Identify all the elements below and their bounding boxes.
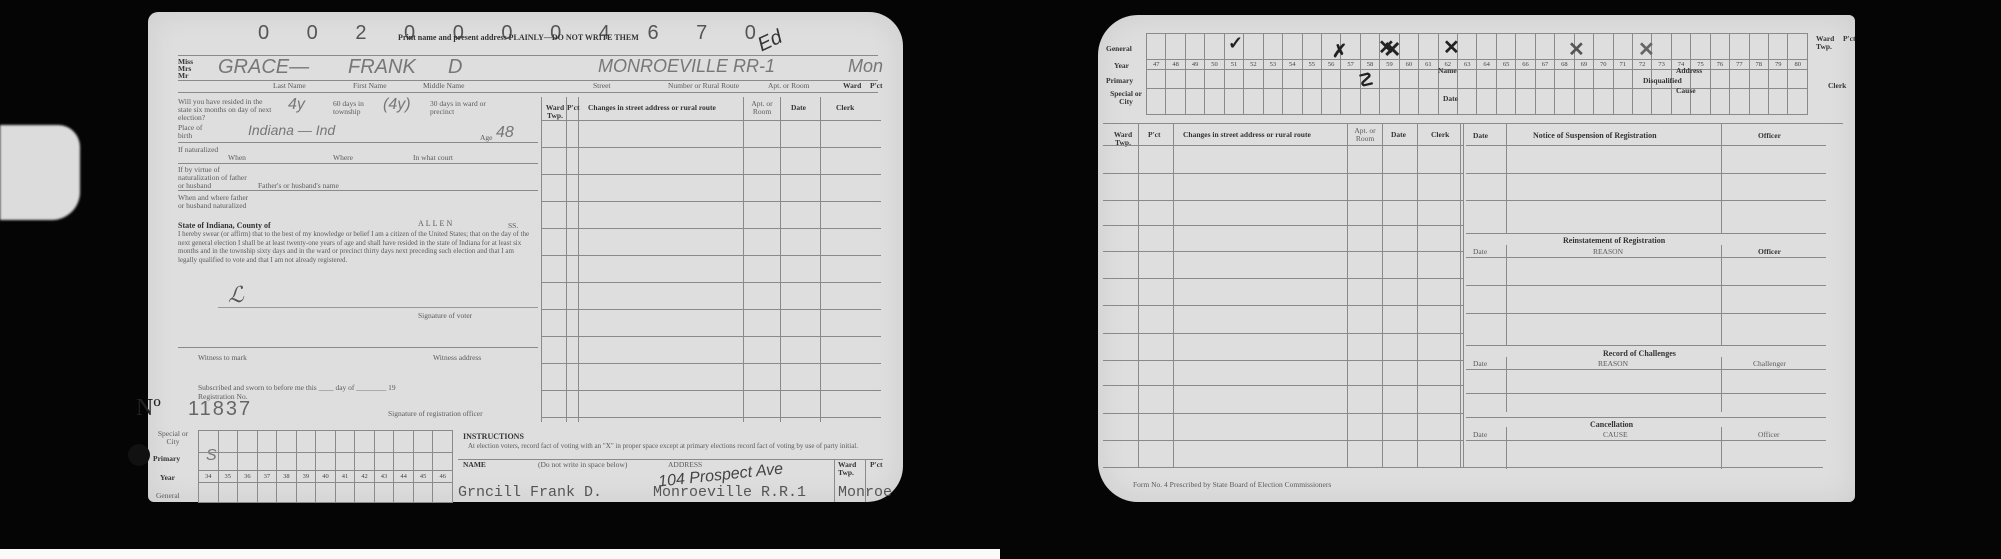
card-back: General Year Primary Special or City 474…: [1098, 15, 1855, 502]
residence-state-value: 4y: [288, 96, 305, 114]
ward-label: Ward: [843, 82, 861, 90]
overlay-date-label: Date: [1443, 95, 1458, 103]
back-header-pct: P'ct: [1148, 131, 1161, 139]
naturalized-court: In what court: [413, 154, 453, 162]
cancellation-title: Cancellation: [1590, 421, 1633, 429]
back-row-primary: Primary: [1106, 77, 1133, 85]
back-header-apt: Apt. or Room: [1350, 127, 1380, 143]
challenges-header-challenger: Challenger: [1753, 360, 1786, 368]
last-name-label: Last Name: [273, 82, 306, 90]
birth-value: Indiana — Ind: [248, 122, 335, 138]
oath-state-line: State of Indiana, County of: [178, 222, 271, 230]
residence-ward-label: 30 days in ward or precinct: [430, 100, 500, 116]
oath-text: I hereby swear (or affirm) that to the b…: [178, 230, 533, 264]
first-name-value: FRANK: [348, 56, 416, 79]
residence-township-value: (4y): [383, 96, 411, 114]
pct-label: P'ct: [870, 82, 883, 90]
strip-name-label: NAME: [463, 461, 486, 469]
birth-label: Place of birth: [178, 124, 214, 140]
row-label-year: Year: [160, 474, 175, 482]
back-pct-label: P'ct: [1843, 35, 1856, 43]
cancellation-header-officer: Officer: [1758, 431, 1780, 439]
ward-value: Mon: [848, 56, 883, 77]
age-label: Age: [480, 134, 493, 142]
naturalized-when: When: [228, 154, 246, 162]
strip-dont-write: (Do not write in space below): [538, 461, 627, 469]
back-ward-label: Ward Twp.: [1816, 35, 1838, 51]
first-name-label: First Name: [353, 82, 387, 90]
last-name-value: GRACE—: [218, 56, 309, 79]
back-row-special: Special or City: [1108, 90, 1144, 106]
scan-margin: [0, 549, 1000, 559]
apt-label: Apt. or Room: [768, 82, 809, 90]
strip-address-label: ADDRESS: [668, 461, 702, 469]
suspension-header-officer: Officer: [1758, 132, 1781, 140]
reinstatement-header-officer: Officer: [1758, 248, 1781, 256]
challenges-title: Record of Challenges: [1603, 350, 1676, 358]
back-clerk-label: Clerk: [1828, 82, 1846, 90]
reinstatement-header-reason: REASON: [1593, 248, 1623, 256]
form-footer: Form No. 4 Prescribed by State Board of …: [1133, 481, 1331, 489]
cancellation-header-cause: CAUSE: [1603, 431, 1628, 439]
cancellation-header-date: Date: [1473, 431, 1487, 439]
middle-name-value: D: [448, 56, 462, 79]
front-header-clerk: Clerk: [836, 104, 854, 112]
front-voting-grid: 34 35 36 37 38 39 40 41 42 43 44 45 46: [198, 430, 453, 503]
voter-signature-mark: ℒ: [228, 282, 244, 308]
strip-typed-address: Monroeville R.R.1: [653, 484, 806, 501]
oath-county-value: ALLEN: [418, 220, 454, 228]
overlay-name-label: Name: [1438, 67, 1457, 75]
card-front: 0 0 2 0 0 0 0 4 6 7 0 Print name and pre…: [148, 12, 903, 502]
oath-ss: SS.: [508, 222, 518, 230]
by-virtue-label: If by virtue of naturalization of father…: [178, 166, 250, 190]
witness-label: Witness to mark: [198, 354, 247, 362]
front-header-apt: Apt. or Room: [746, 100, 778, 116]
instructions-title: INSTRUCTIONS: [463, 433, 524, 441]
strip-typed-name: Grncill Frank D.: [458, 484, 602, 501]
officer-signature-label: Signature of registration officer: [388, 410, 483, 418]
registration-number-prefix: Nº: [136, 395, 161, 422]
overlay-disqualified-label: Disqualified: [1643, 77, 1682, 85]
street-value: MONROEVILLE RR-1: [598, 56, 775, 77]
row-label-primary: Primary: [153, 455, 180, 463]
front-header-pct: P'ct: [567, 104, 580, 112]
age-value: 48: [496, 124, 514, 142]
title-mr: Mr: [178, 72, 188, 80]
adjacent-card-edge: [0, 125, 80, 220]
father-name-label: Father's or husband's name: [258, 182, 339, 190]
reinstatement-title: Reinstatement of Registration: [1563, 237, 1665, 245]
row-label-general: General: [156, 492, 180, 500]
back-header-changes: Changes in street address or rural route: [1183, 131, 1311, 139]
reinstatement-header-date: Date: [1473, 248, 1487, 256]
father-naturalized-label: When and where father or husband natural…: [178, 194, 250, 210]
subscribed-line: Subscribed and sworn to before me this _…: [198, 384, 396, 392]
strip-pct-label: P'ct: [870, 461, 883, 469]
challenges-header-reason: REASON: [1598, 360, 1628, 368]
front-header-date: Date: [791, 104, 806, 112]
number-label: Number or Rural Route: [668, 82, 739, 90]
back-row-year: Year: [1114, 62, 1129, 70]
instructions-text: At election voters, record fact of votin…: [468, 442, 878, 450]
punch-hole: [128, 444, 150, 466]
registration-number-value: 11837: [188, 398, 252, 421]
witness-address-label: Witness address: [433, 354, 481, 362]
back-row-general: General: [1106, 45, 1132, 53]
overlay-cause-label: Cause: [1676, 87, 1696, 95]
middle-name-label: Middle Name: [423, 82, 464, 90]
suspension-header-title: Notice of Suspension of Registration: [1533, 132, 1657, 140]
naturalized-label: If naturalized: [178, 146, 218, 154]
suspension-header-date: Date: [1473, 132, 1488, 140]
residence-state-question: Will you have resided in the state six m…: [178, 98, 278, 122]
strip-typed-ward: Monroe: [838, 484, 892, 501]
back-header-clerk: Clerk: [1431, 131, 1449, 139]
overlay-address-label: Address: [1676, 67, 1702, 75]
challenges-header-date: Date: [1473, 360, 1487, 368]
back-header-date: Date: [1391, 131, 1406, 139]
back-voting-grid: 4748495051525354555657585960616263646566…: [1146, 33, 1808, 115]
front-header-changes: Changes in street address or rural route: [588, 104, 716, 112]
row-label-special: Special or City: [153, 430, 193, 446]
naturalized-where: Where: [333, 154, 353, 162]
header-instruction: Print name and present address PLAINLY—D…: [398, 34, 639, 42]
strip-ward-label: Ward Twp.: [838, 461, 860, 477]
signature-label: Signature of voter: [418, 312, 472, 320]
street-label: Street: [593, 82, 611, 90]
front-header-ward: Ward Twp.: [544, 104, 566, 120]
